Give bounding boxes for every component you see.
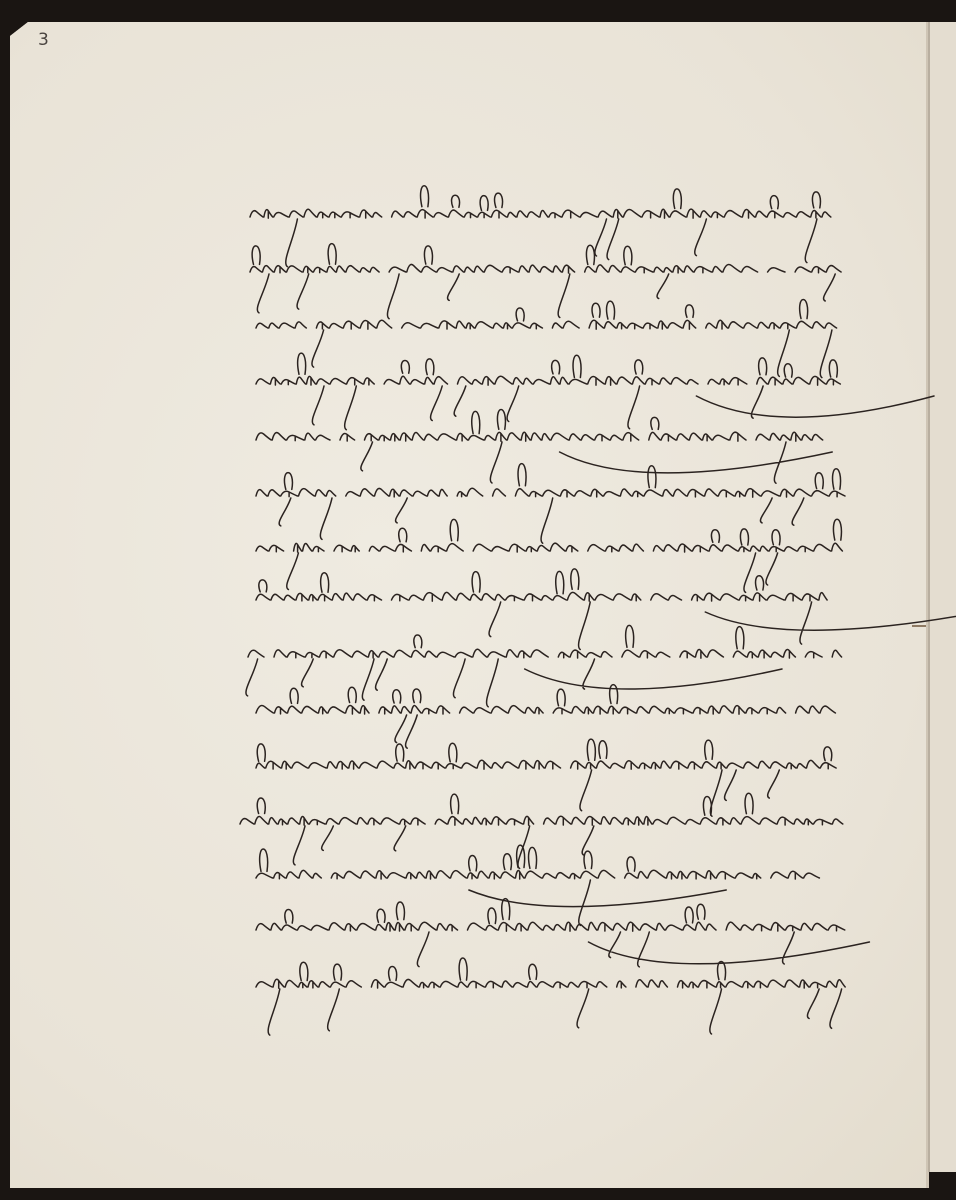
script-line [256,739,836,816]
script-line [256,899,869,967]
script-line [256,685,835,749]
script-line [256,845,819,925]
script-line [246,625,842,706]
script-line [256,464,845,544]
script-line [256,410,832,484]
script-line [256,299,837,377]
script-line [250,244,841,319]
script-line [256,353,934,430]
script-line [240,793,843,868]
script-line [256,519,842,592]
script-line [256,569,956,650]
handwritten-script-lines [0,0,956,1200]
script-line [256,958,845,1035]
script-line [250,186,831,267]
